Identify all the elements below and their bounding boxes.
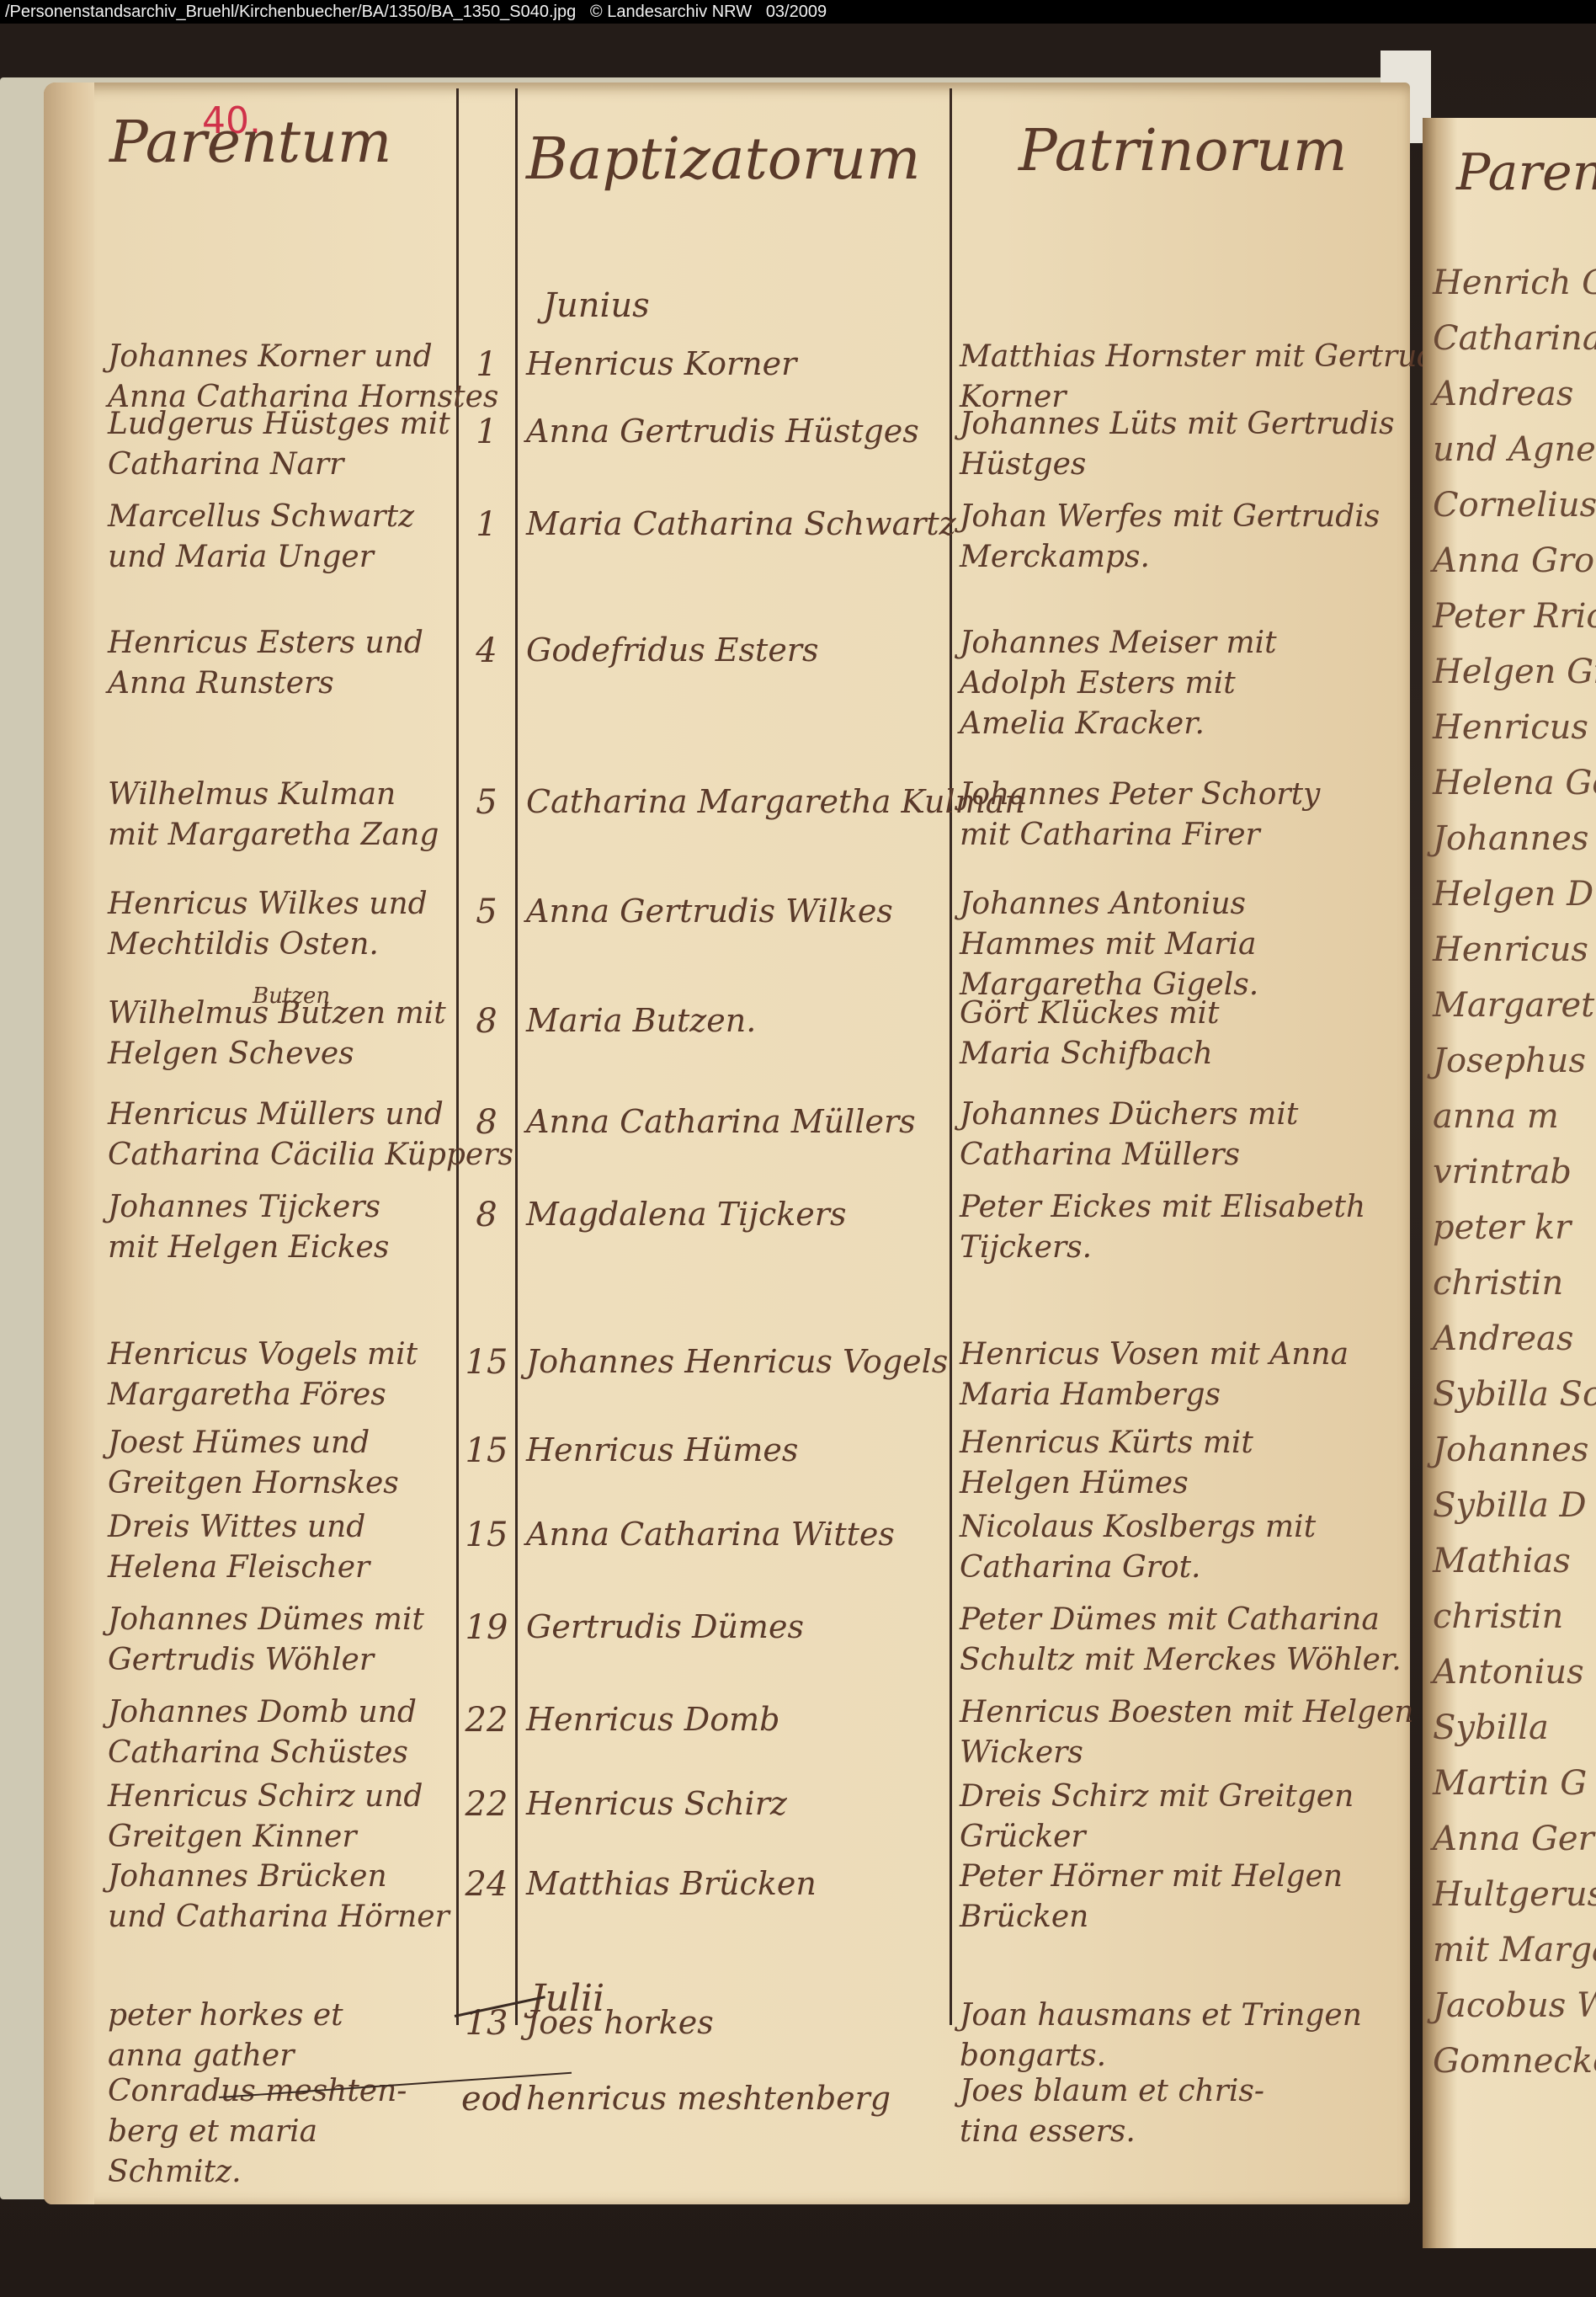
entry-baptized-name: Joes horkes [526,2004,714,2041]
column-rule-day [515,88,518,2025]
entry-godparents: Johannes Lüts mit GertrudisHüstges [960,404,1395,485]
entry-baptized-name: Henricus Domb [526,1701,779,1738]
entry-parents: Johannes Brückenund Catharina Hörner [108,1857,450,1937]
facing-page-line: Catharina H [1433,317,1596,360]
entry-parents: Henricus Wilkes undMechtildis Osten. [108,884,428,965]
entry-baptized-name: Anna Catharina Wittes [526,1516,895,1553]
entry-parents: Johannes Dümes mitGertrudis Wöhler [108,1600,424,1681]
entry-baptized-name: Henricus Schirz [526,1785,787,1822]
entry-day: 22 [461,1785,512,1824]
heading-godparents: Patrinorum [1019,118,1347,184]
entry-baptized-name: Anna Gertrudis Hüstges [526,413,919,450]
entry-day: 5 [461,893,512,931]
entry-godparents: Johannes Düchers mitCatharina Müllers [960,1095,1298,1175]
column-rule-godparents [950,88,952,2025]
entry-baptized-name: henricus meshtenberg [526,2080,891,2117]
entry-baptized-name: Matthias Brücken [526,1865,817,1902]
entry-godparents: Henricus Boesten mit HelgenWickers [960,1692,1414,1773]
entry-godparents: Nicolaus Koslbergs mitCatharina Grot. [960,1507,1316,1588]
entry-parents: Conradus meshten-berg et mariaSchmitz. [108,2071,407,2193]
entry-parents: Ludgerus Hüstges mitCatharina Narr [108,404,450,485]
facing-page-line: Josephus [1433,1039,1586,1083]
entry-parents: Henricus Müllers undCatharina Cäcilia Kü… [108,1095,513,1175]
entry-baptized-name: Gertrudis Dümes [526,1608,804,1645]
entry-parents: Johannes Tijckersmit Helgen Eickes [108,1187,389,1268]
entry-day: 1 [461,505,512,544]
entry-godparents: Johan Werfes mit GertrudisMerckamps. [960,497,1380,578]
facing-page-line: christin [1433,1261,1563,1305]
facing-page-line: Antonius [1433,1650,1584,1694]
entry-day: 1 [461,413,512,451]
entry-day: 4 [461,632,512,670]
entry-parents: Johannes Domb undCatharina Schüstes [108,1692,417,1773]
facing-page-line: Helgen Düm [1433,872,1596,916]
facing-page-line: Jacobus W [1433,1984,1596,2028]
facing-page-line: christin [1433,1595,1563,1639]
entry-godparents: Joes blaum et chris-tina essers. [960,2071,1264,2152]
entry-godparents: Henricus Kürts mitHelgen Hümes [960,1423,1253,1504]
entry-day: 15 [461,1516,512,1554]
facing-heading: Parent [1456,143,1596,202]
scan-date: 03/2009 [766,3,827,21]
entry-baptized-name: Godefridus Esters [526,632,818,669]
entry-baptized-name: Anna Gertrudis Wilkes [526,893,893,930]
entry-day: 24 [461,1865,512,1904]
facing-page-line: Sybilla D [1433,1484,1587,1527]
entry-day: 22 [461,1701,512,1740]
facing-page-line: Anna Ger [1433,1817,1594,1861]
page-edge-stack [44,83,94,2204]
entry-day: eod [461,2080,512,2118]
facing-page-line: Anna Gror [1433,539,1596,583]
entry-parents: Joest Hümes undGreitgen Hornskes [108,1423,399,1504]
facing-page-line: mit Margar [1433,1928,1596,1972]
heading-parents: Parentum [109,109,391,176]
entry-parents: Henricus Vogels mitMargaretha Föres [108,1335,418,1415]
facing-page-line: Mathias [1433,1539,1571,1583]
entry-day: 15 [461,1431,512,1470]
facing-page-line: Gomnecke [1433,2039,1596,2083]
entry-baptized-name: Catharina Margaretha Kulman [526,783,1025,820]
entry-baptized-name: Henricus Hümes [526,1431,798,1468]
entry-godparents: Peter Dümes mit CatharinaSchultz mit Mer… [960,1600,1402,1681]
entry-baptized-name: Magdalena Tijckers [526,1196,846,1233]
facing-page-line: Sybilla [1433,1706,1549,1750]
facing-page-line: Peter Rrich [1433,594,1596,638]
facing-page-line: vrintrab [1433,1150,1572,1194]
entry-baptized-name: Anna Catharina Müllers [526,1103,916,1140]
facing-page-line: Henrich Ge [1433,261,1596,305]
facing-page-line: Andreas [1433,1317,1573,1361]
facing-page: Parent Henrich GeCatharina HAndreasund A… [1423,118,1596,2248]
facing-page-line: peter kr [1433,1206,1571,1250]
entry-parents: Henricus Schirz undGreitgen Kinner [108,1777,423,1857]
entry-godparents: Johannes Peter Schortymit Catharina Fire… [960,775,1320,855]
entry-baptized-name: Henricus Korner [526,345,796,382]
facing-page-line: Helgen Give [1433,650,1596,694]
facing-page-line: Martin G [1433,1761,1587,1805]
archive-file-path: /Personenstandsarchiv_Bruehl/Kirchenbuec… [5,3,576,21]
entry-godparents: Henricus Vosen mit AnnaMaria Hambergs [960,1335,1349,1415]
entry-godparents: Peter Eickes mit ElisabethTijckers. [960,1187,1365,1268]
facing-page-line: anna m [1433,1095,1559,1138]
entry-parents: Marcellus Schwartzund Maria Unger [108,497,414,578]
entry-parents: Wilhelmus Butzen mitHelgen Scheves [108,994,446,1074]
facing-page-line: Cornelius m [1433,483,1596,527]
entry-baptized-name: Johannes Henricus Vogels [526,1343,948,1380]
heading-baptized: Baptizatorum [526,126,921,193]
entry-day: 19 [461,1608,512,1647]
entry-parents: Dreis Wittes undHelena Fleischer [108,1507,370,1588]
entry-day: 5 [461,783,512,822]
facing-page-line: Hultgerus [1433,1873,1596,1916]
entry-day: 8 [461,1002,512,1041]
archive-caption-bar: /Personenstandsarchiv_Bruehl/Kirchenbuec… [0,0,1596,24]
entry-godparents: Peter Hörner mit HelgenBrücken [960,1857,1343,1937]
facing-page-line: Andreas [1433,372,1573,416]
entry-day: 1 [461,345,512,384]
entry-parents: Henricus Esters undAnna Runsters [108,623,423,704]
copyright-notice: © Landesarchiv NRW [590,3,752,21]
facing-page-line: Henricus [1433,928,1588,972]
facing-page-line: Johannes [1433,1428,1588,1472]
facing-page-line: und Agnes [1433,428,1596,472]
entry-day: 15 [461,1343,512,1382]
entry-godparents: Gört Klückes mitMaria Schifbach [960,994,1219,1074]
entry-godparents: Johannes AntoniusHammes mit MariaMargare… [960,884,1258,1005]
facing-page-line: Johannes [1433,817,1588,861]
entry-godparents: Johannes Meiser mitAdolph Esters mitAmel… [960,623,1277,744]
entry-parents: peter horkes etanna gather [108,1996,343,2076]
entry-baptized-name: Maria Catharina Schwartz [526,505,956,542]
entry-godparents: Joan hausmans et Tringenbongarts. [960,1996,1362,2076]
month-header-june: Junius [543,286,650,325]
entry-parents: Wilhelmus Kulmanmit Margaretha Zang [108,775,439,855]
facing-page-line: Sybilla Sch [1433,1372,1596,1416]
facing-page-line: Helena Ger [1433,761,1596,805]
entry-godparents: Dreis Schirz mit GreitgenGrücker [960,1777,1354,1857]
facing-page-line: Henricus [1433,706,1588,749]
entry-day: 8 [461,1103,512,1142]
facing-page-line: Margaretha [1433,983,1596,1027]
entry-baptized-name: Maria Butzen. [526,1002,756,1039]
entry-day: 8 [461,1196,512,1234]
